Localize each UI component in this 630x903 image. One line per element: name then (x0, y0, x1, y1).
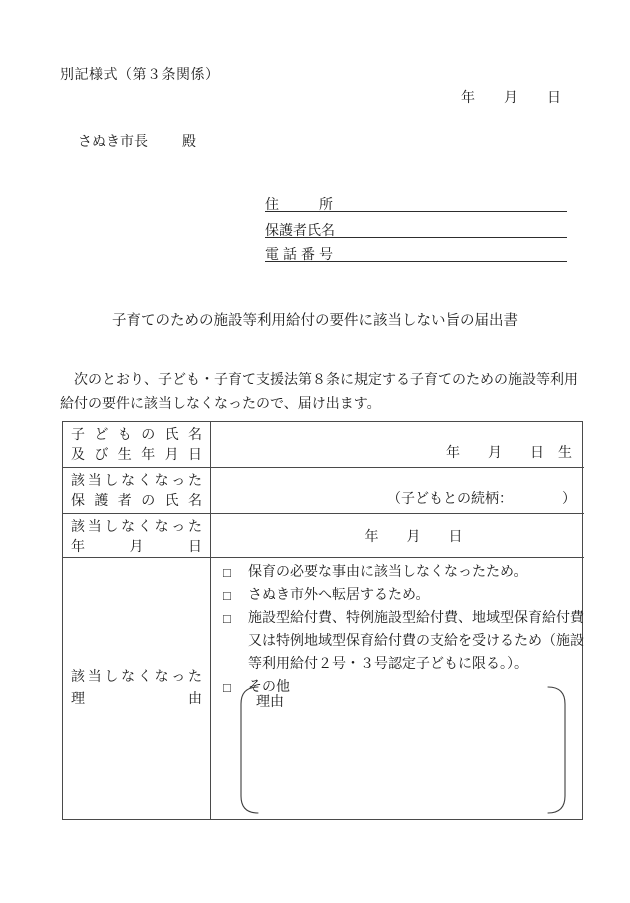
child-birthdate-placeholder: 年 月 日 生 (446, 442, 572, 462)
phone-number-label: 電話番号 (265, 248, 337, 263)
month-char: 月 (130, 538, 144, 558)
address-label-char-2: 所 (319, 194, 333, 214)
checkbox-label: 施設型給付費、特例施設型給付費、地域型保育給付費 又は特例地域型保育給付費の支給… (248, 607, 584, 676)
checkbox-icon: □ (223, 561, 248, 584)
child-name-birthdate-label-cell: 子どもの氏名 及び生年月日 (63, 422, 211, 468)
checkbox-item-care-need: □ 保育の必要な事由に該当しなくなったため。 (223, 561, 584, 584)
child-name-label: 子どもの氏名 (71, 426, 202, 446)
reason-options-cell: □ 保育の必要な事由に該当しなくなったため。 □ さぬき市外へ転居するため。 □… (211, 558, 584, 819)
reason-char-2: 由 (188, 689, 202, 711)
form-table: 子どもの氏名 及び生年月日 年 月 日 生 該当しなくなった 保護者の氏名 （子… (62, 421, 583, 820)
reason-char-1: 理 (71, 689, 85, 711)
guardian-name-label: 保護者氏名 (265, 224, 335, 239)
date-value-cell: 年 月 日 (211, 514, 584, 558)
checkbox-item-moving-out: □ さぬき市外へ転居するため。 (223, 584, 584, 607)
relationship-placeholder: （子どもとの続柄： ） (387, 488, 576, 508)
child-birthdate-label: 及び生年月日 (71, 446, 202, 466)
document-title: 子育てのための施設等利用給付の要件に該当しない旨の届出書 (0, 309, 630, 330)
no-longer-eligible-label: 該当しなくなった (71, 472, 202, 492)
date-day-label: 日 (547, 87, 561, 107)
child-birthdate-value-cell: 年 月 日 生 (211, 422, 584, 468)
checkbox-label: さぬき市外へ転居するため。 (248, 584, 429, 607)
date-placeholder: 年 月 日 (365, 526, 463, 546)
year-month-day-label: 年 月 日 (71, 538, 202, 558)
checkbox-icon: □ (223, 584, 248, 607)
date-month-label: 月 (504, 87, 518, 107)
address-field-label: 住 所 (265, 194, 333, 214)
checkbox-label: 保育の必要な事由に該当しなくなったため。 (248, 561, 527, 584)
year-char: 年 (71, 538, 85, 558)
reason-note-label: 理由 (256, 691, 284, 714)
no-longer-eligible-label: 該当しなくなった (71, 518, 202, 538)
date-year-label: 年 (461, 87, 475, 107)
checkbox-item-benefit-payment: □ 施設型給付費、特例施設型給付費、地域型保育給付費 又は特例地域型保育給付費の… (223, 607, 584, 676)
body-paragraph: 次のとおり、子ども・子育て支援法第８条に規定する子育てのための施設等利用 給付の… (60, 369, 578, 417)
guardian-of-name-label: 保護者の氏名 (71, 492, 202, 512)
reason-parentheses-frame (235, 686, 571, 814)
address-label-char-1: 住 (265, 194, 279, 214)
guardian-no-longer-eligible-label-cell: 該当しなくなった 保護者の氏名 (63, 468, 211, 514)
reason-label-cell: 該当しなくなった 理 由 (63, 558, 211, 819)
addressee-line: さぬき市長 殿 (78, 131, 196, 151)
form-reference: 別記様式（第３条関係） (60, 64, 220, 84)
guardian-name-field-line: 保護者氏名 (265, 220, 567, 238)
checkbox-icon: □ (223, 607, 248, 676)
date-no-longer-eligible-label-cell: 該当しなくなった 年 月 日 (63, 514, 211, 558)
reason-label: 理 由 (71, 689, 202, 711)
date-line: 年 月 日 (461, 87, 561, 107)
day-char: 日 (188, 538, 202, 558)
addressee-honorific: 殿 (182, 131, 196, 151)
guardian-name-value-cell: （子どもとの続柄： ） (211, 468, 584, 514)
address-field-line: 住 所 (265, 194, 567, 212)
form-page: 別記様式（第３条関係） 年 月 日 さぬき市長 殿 住 所 保護者氏名 電話番号… (0, 0, 630, 903)
no-longer-eligible-label: 該当しなくなった (71, 667, 202, 689)
addressee-name: さぬき市長 (78, 131, 148, 151)
phone-number-field-line: 電話番号 (265, 244, 567, 262)
